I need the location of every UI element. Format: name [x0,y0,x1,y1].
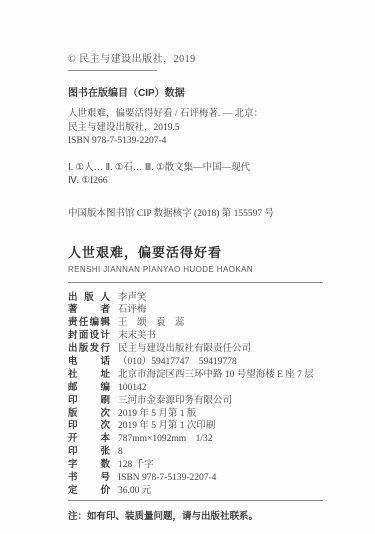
cip-classification-line: Ⅰ. ①人… Ⅱ. ①石… Ⅲ. ①散文集—中国—现代 [68,162,323,176]
quality-note: 注：如有印、装质量问题，请与出版社联系。 [68,508,323,522]
book-copyright-page: © 民主与建设出版社，2019 图书在版编目（CIP）数据 人世艰难，偏要活得好… [0,0,375,534]
publication-info-label: 开本 [68,430,110,444]
publication-info-list: 出版人 李声笑 著者 石评梅 责任编辑 王 颂 袁 蕊 封面设计 末末美书 出版… [68,289,323,495]
cip-description-line: 民主与建设出版社，2019.5 [68,122,323,136]
publication-info-row: 社址 北京市海淀区西三环中路 10 号望海楼 E 座 7 层 [68,366,323,379]
publication-info-value: （010）59417747 59419778 [118,353,237,367]
publication-info-value: 北京市海淀区西三环中路 10 号望海楼 E 座 7 层 [118,366,314,380]
publication-info-label: 定价 [68,482,110,496]
cip-description-line: 人世艰难，偏要活得好看 / 石评梅著. — 北京： [68,108,323,122]
publication-info-row: 字数 128 千字 [68,456,323,469]
publication-info-label: 印刷 [68,392,110,406]
publication-info-value: 三河市金泰源印务有限公司 [118,392,232,406]
publication-info-row: 开本 787mm×1092mm 1/32 [68,430,323,443]
copyright-underline [68,70,157,71]
publication-info-label: 封面设计 [68,327,110,341]
cip-description-line: ISBN 978-7-5139-2207-4 [68,135,323,149]
cip-heading: 图书在版编目（CIP）数据 [68,84,323,99]
publication-info-value: 王 颂 袁 蕊 [118,314,185,328]
publication-info-value: 36.00 元 [118,482,151,496]
publication-info-value: 128 千字 [118,456,154,470]
publication-info-row: 出版人 李声笑 [68,289,323,302]
publication-info-row: 著者 石评梅 [68,301,323,314]
publication-info-label: 电话 [68,353,110,367]
publication-info-label: 出版人 [68,289,110,303]
book-title-pinyin: RENSHI JIANNAN PIANYAO HUODE HAOKAN [68,265,323,274]
publication-info-row: 定价 36.00 元 [68,482,323,495]
publication-info-value: 2019 年 5 月第 1 版 [118,405,196,419]
publication-info-label: 书号 [68,469,110,483]
cip-classification-line: Ⅳ. ①I266 [68,175,323,189]
publication-info-label: 著者 [68,301,110,315]
publication-info-row: 责任编辑 王 颂 袁 蕊 [68,314,323,327]
publication-info-row: 电话 （010）59417747 59419778 [68,353,323,366]
publication-info-row: 版次 2019 年 5 月第 1 版 [68,405,323,418]
publication-info-row: 封面设计 末末美书 [68,327,323,340]
publication-info-row: 印次 2019 年 5 月第 1 次印刷 [68,417,323,430]
publication-info-label: 印张 [68,443,110,457]
publication-info-label: 邮编 [68,379,110,393]
publication-info-label: 印次 [68,417,110,431]
cip-classification: Ⅰ. ①人… Ⅱ. ①石… Ⅲ. ①散文集—中国—现代 Ⅳ. ①I266 [68,162,323,189]
publication-info-label: 出版发行 [68,340,110,354]
cip-description: 人世艰难，偏要活得好看 / 石评梅著. — 北京： 民主与建设出版社，2019.… [68,108,323,149]
publication-info-row: 邮编 100142 [68,379,323,392]
publication-info-row: 书号 ISBN 978-7-5139-2207-4 [68,469,323,482]
publication-info-label: 字数 [68,456,110,470]
publication-info-value: 末末美书 [118,327,156,341]
book-title: 人世艰难，偏要活得好看 [68,242,323,261]
publication-info-row: 出版发行 民主与建设出版社有限责任公司 [68,340,323,353]
publication-info-value: 民主与建设出版社有限责任公司 [118,340,251,354]
publication-info-row: 印张 8 [68,443,323,456]
publication-info-label: 责任编辑 [68,314,110,328]
page-content: © 民主与建设出版社，2019 图书在版编目（CIP）数据 人世艰难，偏要活得好… [68,50,323,522]
publication-info-label: 社址 [68,366,110,380]
title-divider [68,282,323,283]
publication-info-value: 2019 年 5 月第 1 次印刷 [118,417,215,431]
publication-info-value: 李声笑 [118,289,147,303]
note-divider [68,500,323,501]
publication-info-row: 印刷 三河市金泰源印务有限公司 [68,392,323,405]
publication-info-value: 石评梅 [118,301,147,315]
cip-record-number: 中国版本图书馆 CIP 数据核字 (2018) 第 155597 号 [68,205,323,219]
publication-info-label: 版次 [68,405,110,419]
copyright-line: © 民主与建设出版社，2019 [68,50,323,65]
publication-info-value: 787mm×1092mm 1/32 [118,430,213,444]
